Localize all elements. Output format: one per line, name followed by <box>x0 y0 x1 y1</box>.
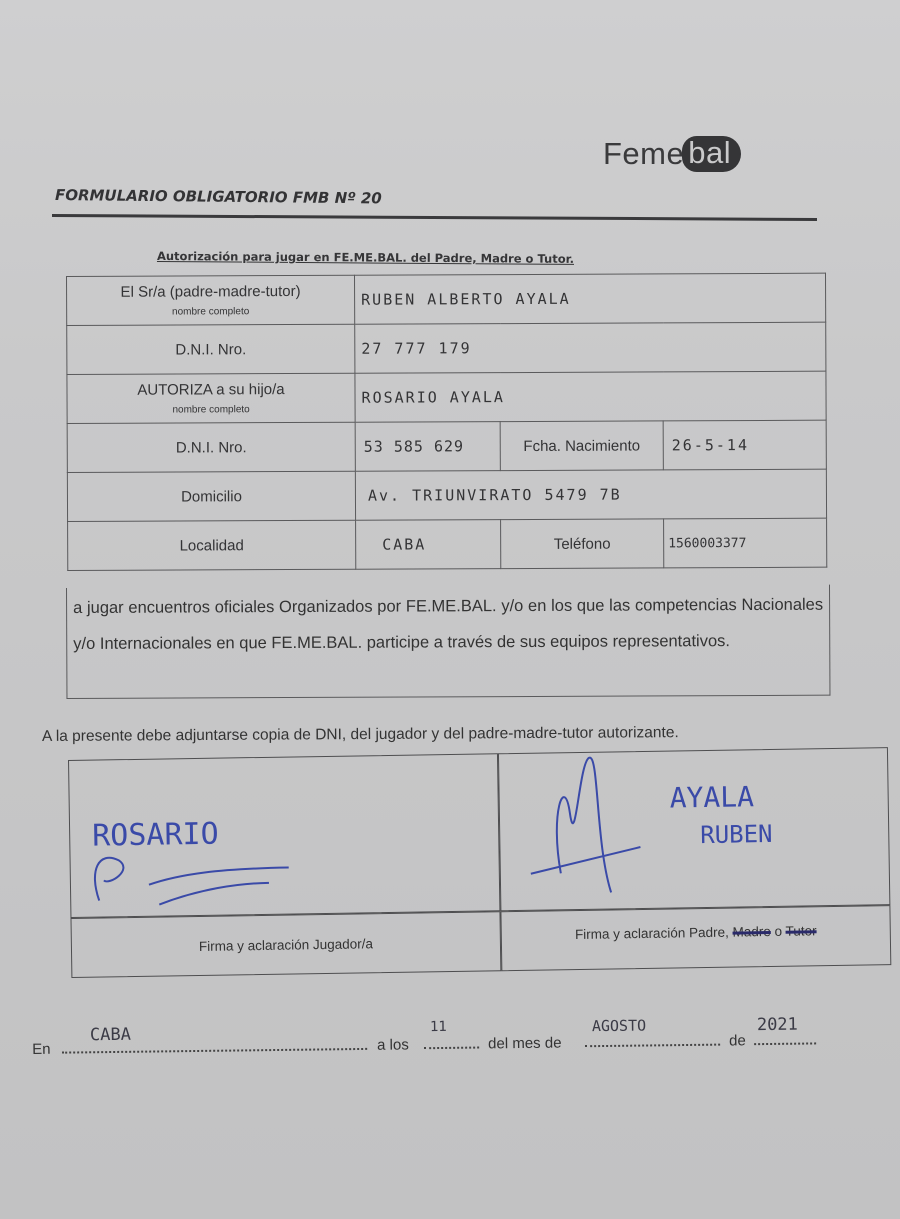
month-dotted-line <box>585 1043 720 1048</box>
address-label: Domicilio <box>67 471 355 521</box>
child-name-row: AUTORIZA a su hijo/a nombre completo ROS… <box>67 371 826 423</box>
parent-caption: Firma y aclaración Padre, Madre o Tutor <box>502 922 890 943</box>
parent-label-cell: El Sr/a (padre-madre-tutor) nombre compl… <box>67 275 355 325</box>
child-dni-row: D.N.I. Nro. 53 585 629 Fcha. Nacimiento … <box>67 420 826 472</box>
address-row: Domicilio Av. TRIUNVIRATO 5479 7B <box>67 469 826 521</box>
en-label: En <box>32 1041 51 1058</box>
phone-field[interactable]: 1560003377 <box>664 518 827 568</box>
attachment-note: A la presente debe adjuntarse copia de D… <box>42 724 679 746</box>
month-field[interactable]: AGOSTO <box>592 1016 646 1035</box>
authorization-table: El Sr/a (padre-madre-tutor) nombre compl… <box>66 273 827 571</box>
parent-signature-scribble-icon <box>519 752 651 904</box>
signature-section: ROSARIO AYALA RUBEN Firma y aclaración J… <box>68 747 891 986</box>
parent-caption-mid: o <box>771 924 786 939</box>
child-label: AUTORIZA a su hijo/a <box>137 381 284 399</box>
parent-name-row: El Sr/a (padre-madre-tutor) nombre compl… <box>67 273 826 325</box>
signature-flourish-icon <box>88 827 309 910</box>
parent-signature-line1: AYALA <box>669 780 754 814</box>
place-dotted-line <box>62 1047 367 1054</box>
parent-label: El Sr/a (padre-madre-tutor) <box>121 283 301 301</box>
parent-dni-field[interactable]: 27 777 179 <box>355 322 826 373</box>
day-dotted-line <box>424 1046 479 1050</box>
child-sublabel: nombre completo <box>74 404 349 416</box>
year-field[interactable]: 2021 <box>757 1015 798 1035</box>
child-dni-field[interactable]: 53 585 629 <box>355 422 500 472</box>
femebal-logo: Femebal <box>603 136 741 172</box>
year-dotted-line <box>754 1041 816 1045</box>
parent-dni-row: D.N.I. Nro. 27 777 179 <box>67 322 826 374</box>
phone-label: Teléfono <box>501 519 664 569</box>
authorization-paragraph: a jugar encuentros oficiales Organizados… <box>66 585 830 699</box>
child-dni-label: D.N.I. Nro. <box>67 422 355 472</box>
logo-pill: bal <box>682 136 741 172</box>
parent-caption-prefix: Firma y aclaración Padre, <box>575 925 733 942</box>
child-label-cell: AUTORIZA a su hijo/a nombre completo <box>67 373 355 423</box>
parent-signature-box[interactable]: AYALA RUBEN <box>498 747 890 911</box>
parent-caption-struck-madre: Madre <box>732 924 770 940</box>
month-label: del mes de <box>488 1035 562 1053</box>
city-row: Localidad CABA Teléfono 1560003377 <box>68 518 827 570</box>
place-field[interactable]: CABA <box>90 1025 131 1045</box>
address-field[interactable]: Av. TRIUNVIRATO 5479 7B <box>355 469 826 520</box>
form-subtitle: Autorización para jugar en FE.ME.BAL. de… <box>157 249 574 266</box>
parent-caption-struck-tutor: Tutor <box>785 923 816 938</box>
de-label: de <box>729 1032 746 1049</box>
parent-sublabel: nombre completo <box>73 306 348 318</box>
a-los-label: a los <box>377 1036 409 1053</box>
logo-text: Feme <box>603 136 684 172</box>
form-title: FORMULARIO OBLIGATORIO FMB Nº 20 <box>55 186 382 207</box>
birth-date-label: Fcha. Nacimiento <box>500 421 663 471</box>
day-field[interactable]: 11 <box>430 1019 447 1035</box>
child-name-field[interactable]: ROSARIO AYALA <box>355 371 826 422</box>
parent-dni-label: D.N.I. Nro. <box>67 324 355 374</box>
title-divider <box>52 214 817 221</box>
player-caption-cell: Firma y aclaración Jugador/a <box>70 911 501 978</box>
document-page: Femebal FORMULARIO OBLIGATORIO FMB Nº 20… <box>0 0 900 1219</box>
player-caption: Firma y aclaración Jugador/a <box>72 934 500 956</box>
birth-date-field[interactable]: 26-5-14 <box>663 420 826 470</box>
parent-caption-cell: Firma y aclaración Padre, Madre o Tutor <box>500 905 891 971</box>
parent-signature-line2: RUBEN <box>700 820 773 849</box>
city-label: Localidad <box>68 520 356 570</box>
city-field[interactable]: CABA <box>356 520 501 570</box>
place-date-line: En CABA a los 11 del mes de AGOSTO de 20… <box>32 1008 832 1058</box>
parent-name-field[interactable]: RUBEN ALBERTO AYALA <box>354 273 825 324</box>
player-signature-box[interactable]: ROSARIO <box>68 753 500 918</box>
